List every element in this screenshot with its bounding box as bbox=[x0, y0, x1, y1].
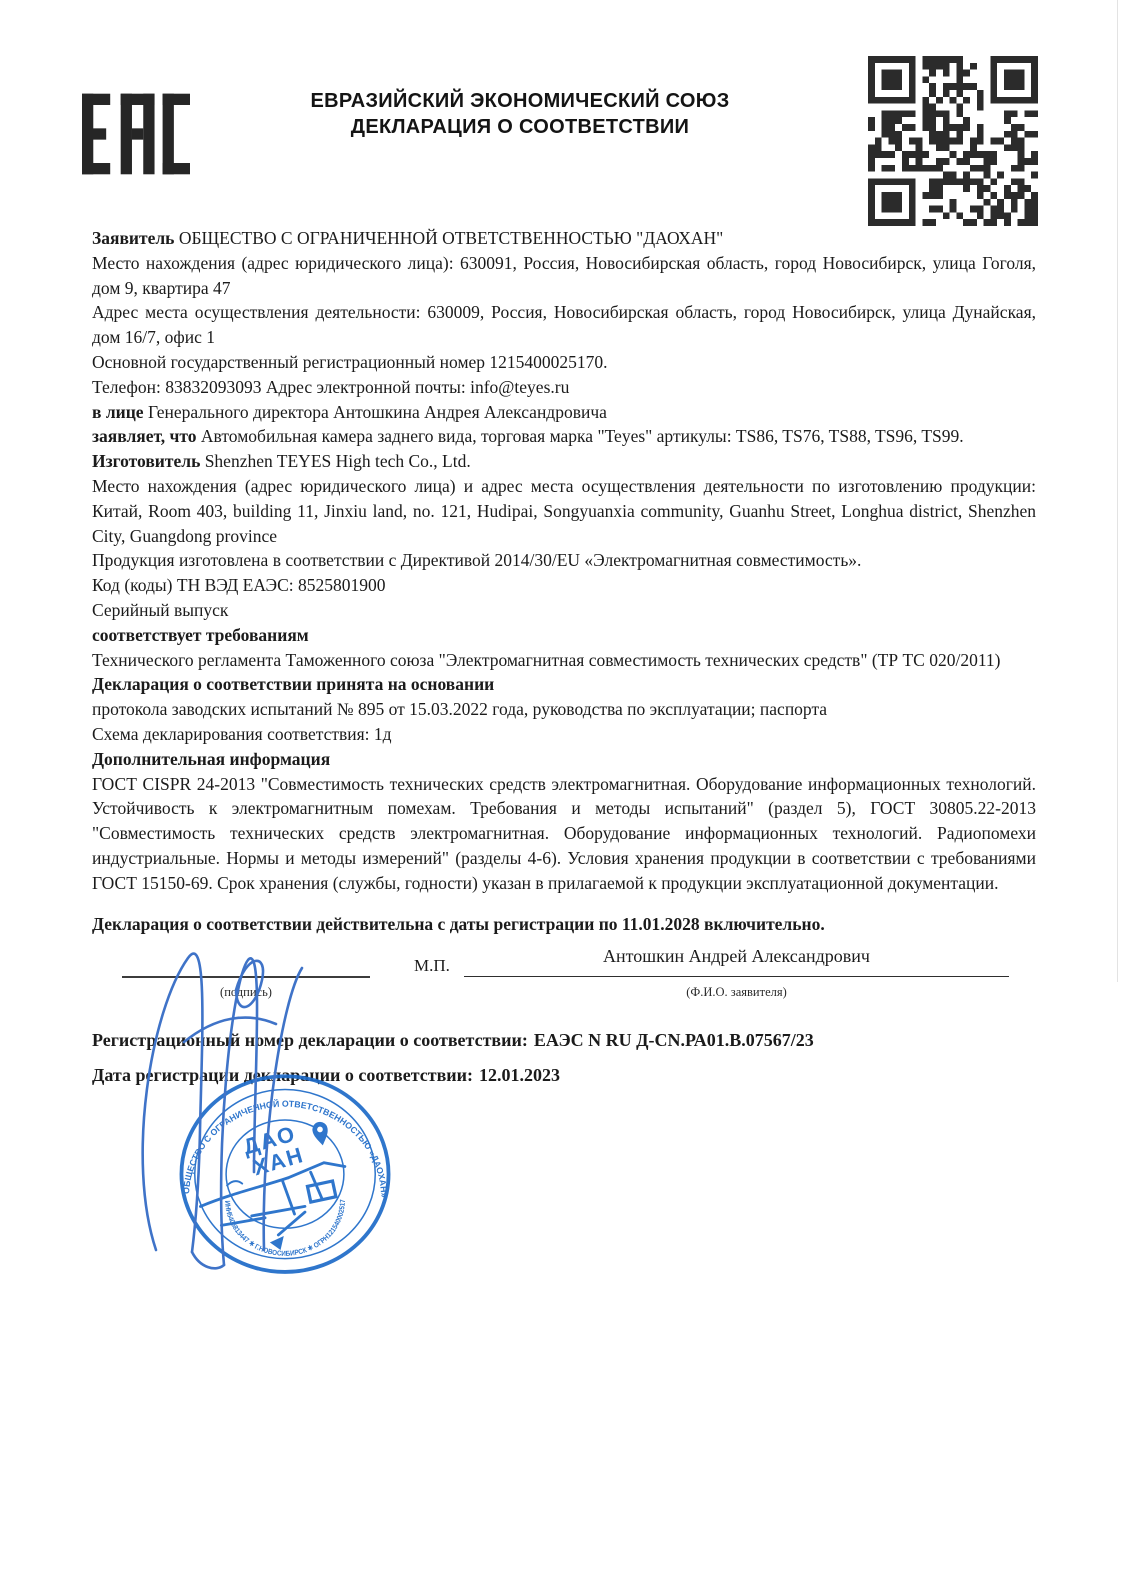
validity-statement: Декларация о соответствии действительна … bbox=[92, 912, 1036, 937]
paragraph-lead: Заявитель bbox=[92, 228, 174, 248]
scan-edge-artifact bbox=[1117, 0, 1118, 982]
registration-number-label: Регистрационный номер декларации о соотв… bbox=[92, 1030, 528, 1050]
applicant-name: Антошкин Андрей Александрович bbox=[464, 944, 1009, 969]
signature-section: (подпись) М.П. Антошкин Андрей Александр… bbox=[92, 942, 1036, 1008]
registration-number-value: ЕАЭС N RU Д-CN.РА01.В.07567/23 bbox=[534, 1030, 814, 1050]
manufacturer-line: Изготовитель Shenzhen TEYES High tech Co… bbox=[92, 449, 1036, 474]
paragraph-lead: заявляет, что bbox=[92, 426, 197, 446]
registration-date-value: 12.01.2023 bbox=[479, 1065, 560, 1085]
manufacturer-address: Место нахождения (адрес юридического лиц… bbox=[92, 474, 1036, 548]
representative-line: в лице Генерального директора Антошкина … bbox=[92, 400, 1036, 425]
basis-line: протокола заводских испытаний № 895 от 1… bbox=[92, 697, 1036, 722]
applicant-name-caption: (Ф.И.О. заявителя) bbox=[464, 980, 1009, 1005]
applicant-line: Заявитель ОБЩЕСТВО С ОГРАНИЧЕННОЙ ОТВЕТС… bbox=[92, 226, 1036, 251]
additional-info-heading: Дополнительная информация bbox=[92, 747, 1036, 772]
activity-address: Адрес места осуществления деятельности: … bbox=[92, 300, 1036, 350]
scheme-line: Схема декларирования соответствия: 1д bbox=[92, 722, 1036, 747]
product-line: заявляет, что Автомобильная камера задне… bbox=[92, 424, 1036, 449]
paragraphs-container: Заявитель ОБЩЕСТВО С ОГРАНИЧЕННОЙ ОТВЕТС… bbox=[92, 226, 1036, 896]
signature-caption: (подпись) bbox=[122, 980, 370, 1005]
document-body: Заявитель ОБЩЕСТВО С ОГРАНИЧЕННОЙ ОТВЕТС… bbox=[92, 226, 1036, 1088]
title-declaration: ДЕКЛАРАЦИЯ О СООТВЕТСТВИИ bbox=[240, 114, 800, 140]
company-stamp: ОБЩЕСТВО С ОГРАНИЧЕННОЙ ОТВЕТСТВЕННОСТЬЮ… bbox=[166, 1062, 404, 1290]
paragraph-lead: в лице bbox=[92, 402, 144, 422]
location-pin-icon bbox=[311, 1121, 330, 1147]
regulation-line: Технического регламента Таможенного союз… bbox=[92, 648, 1036, 673]
serial-line: Серийный выпуск bbox=[92, 598, 1036, 623]
additional-info-text: ГОСТ CISPR 24-2013 "Совместимость технич… bbox=[92, 772, 1036, 896]
basis-heading: Декларация о соответствии принята на осн… bbox=[92, 672, 1036, 697]
eac-mark-icon bbox=[82, 86, 190, 182]
declaration-document: ЕВРАЗИЙСКИЙ ЭКОНОМИЧЕСКИЙ СОЮЗ ДЕКЛАРАЦИ… bbox=[0, 0, 1126, 1584]
title-union: ЕВРАЗИЙСКИЙ ЭКОНОМИЧЕСКИЙ СОЮЗ bbox=[240, 88, 800, 114]
ogrn-line: Основной государственный регистрационный… bbox=[92, 350, 1036, 375]
applicant-name-line bbox=[464, 976, 1009, 977]
document-title: ЕВРАЗИЙСКИЙ ЭКОНОМИЧЕСКИЙ СОЮЗ ДЕКЛАРАЦИ… bbox=[240, 88, 800, 140]
stamp-place-label: М.П. bbox=[414, 954, 450, 979]
qr-code-icon bbox=[868, 56, 1038, 226]
registration-number-line: Регистрационный номер декларации о соотв… bbox=[92, 1028, 1036, 1053]
paragraph-lead: Изготовитель bbox=[92, 451, 200, 471]
conforms-heading: соответствует требованиям bbox=[92, 623, 1036, 648]
directive-line: Продукция изготовлена в соответствии с Д… bbox=[92, 548, 1036, 573]
contacts-line: Телефон: 83832093093 Адрес электронной п… bbox=[92, 375, 1036, 400]
applicant-address: Место нахождения (адрес юридического лиц… bbox=[92, 251, 1036, 301]
signature-line bbox=[122, 976, 370, 978]
tnved-line: Код (коды) ТН ВЭД ЕАЭС: 8525801900 bbox=[92, 573, 1036, 598]
